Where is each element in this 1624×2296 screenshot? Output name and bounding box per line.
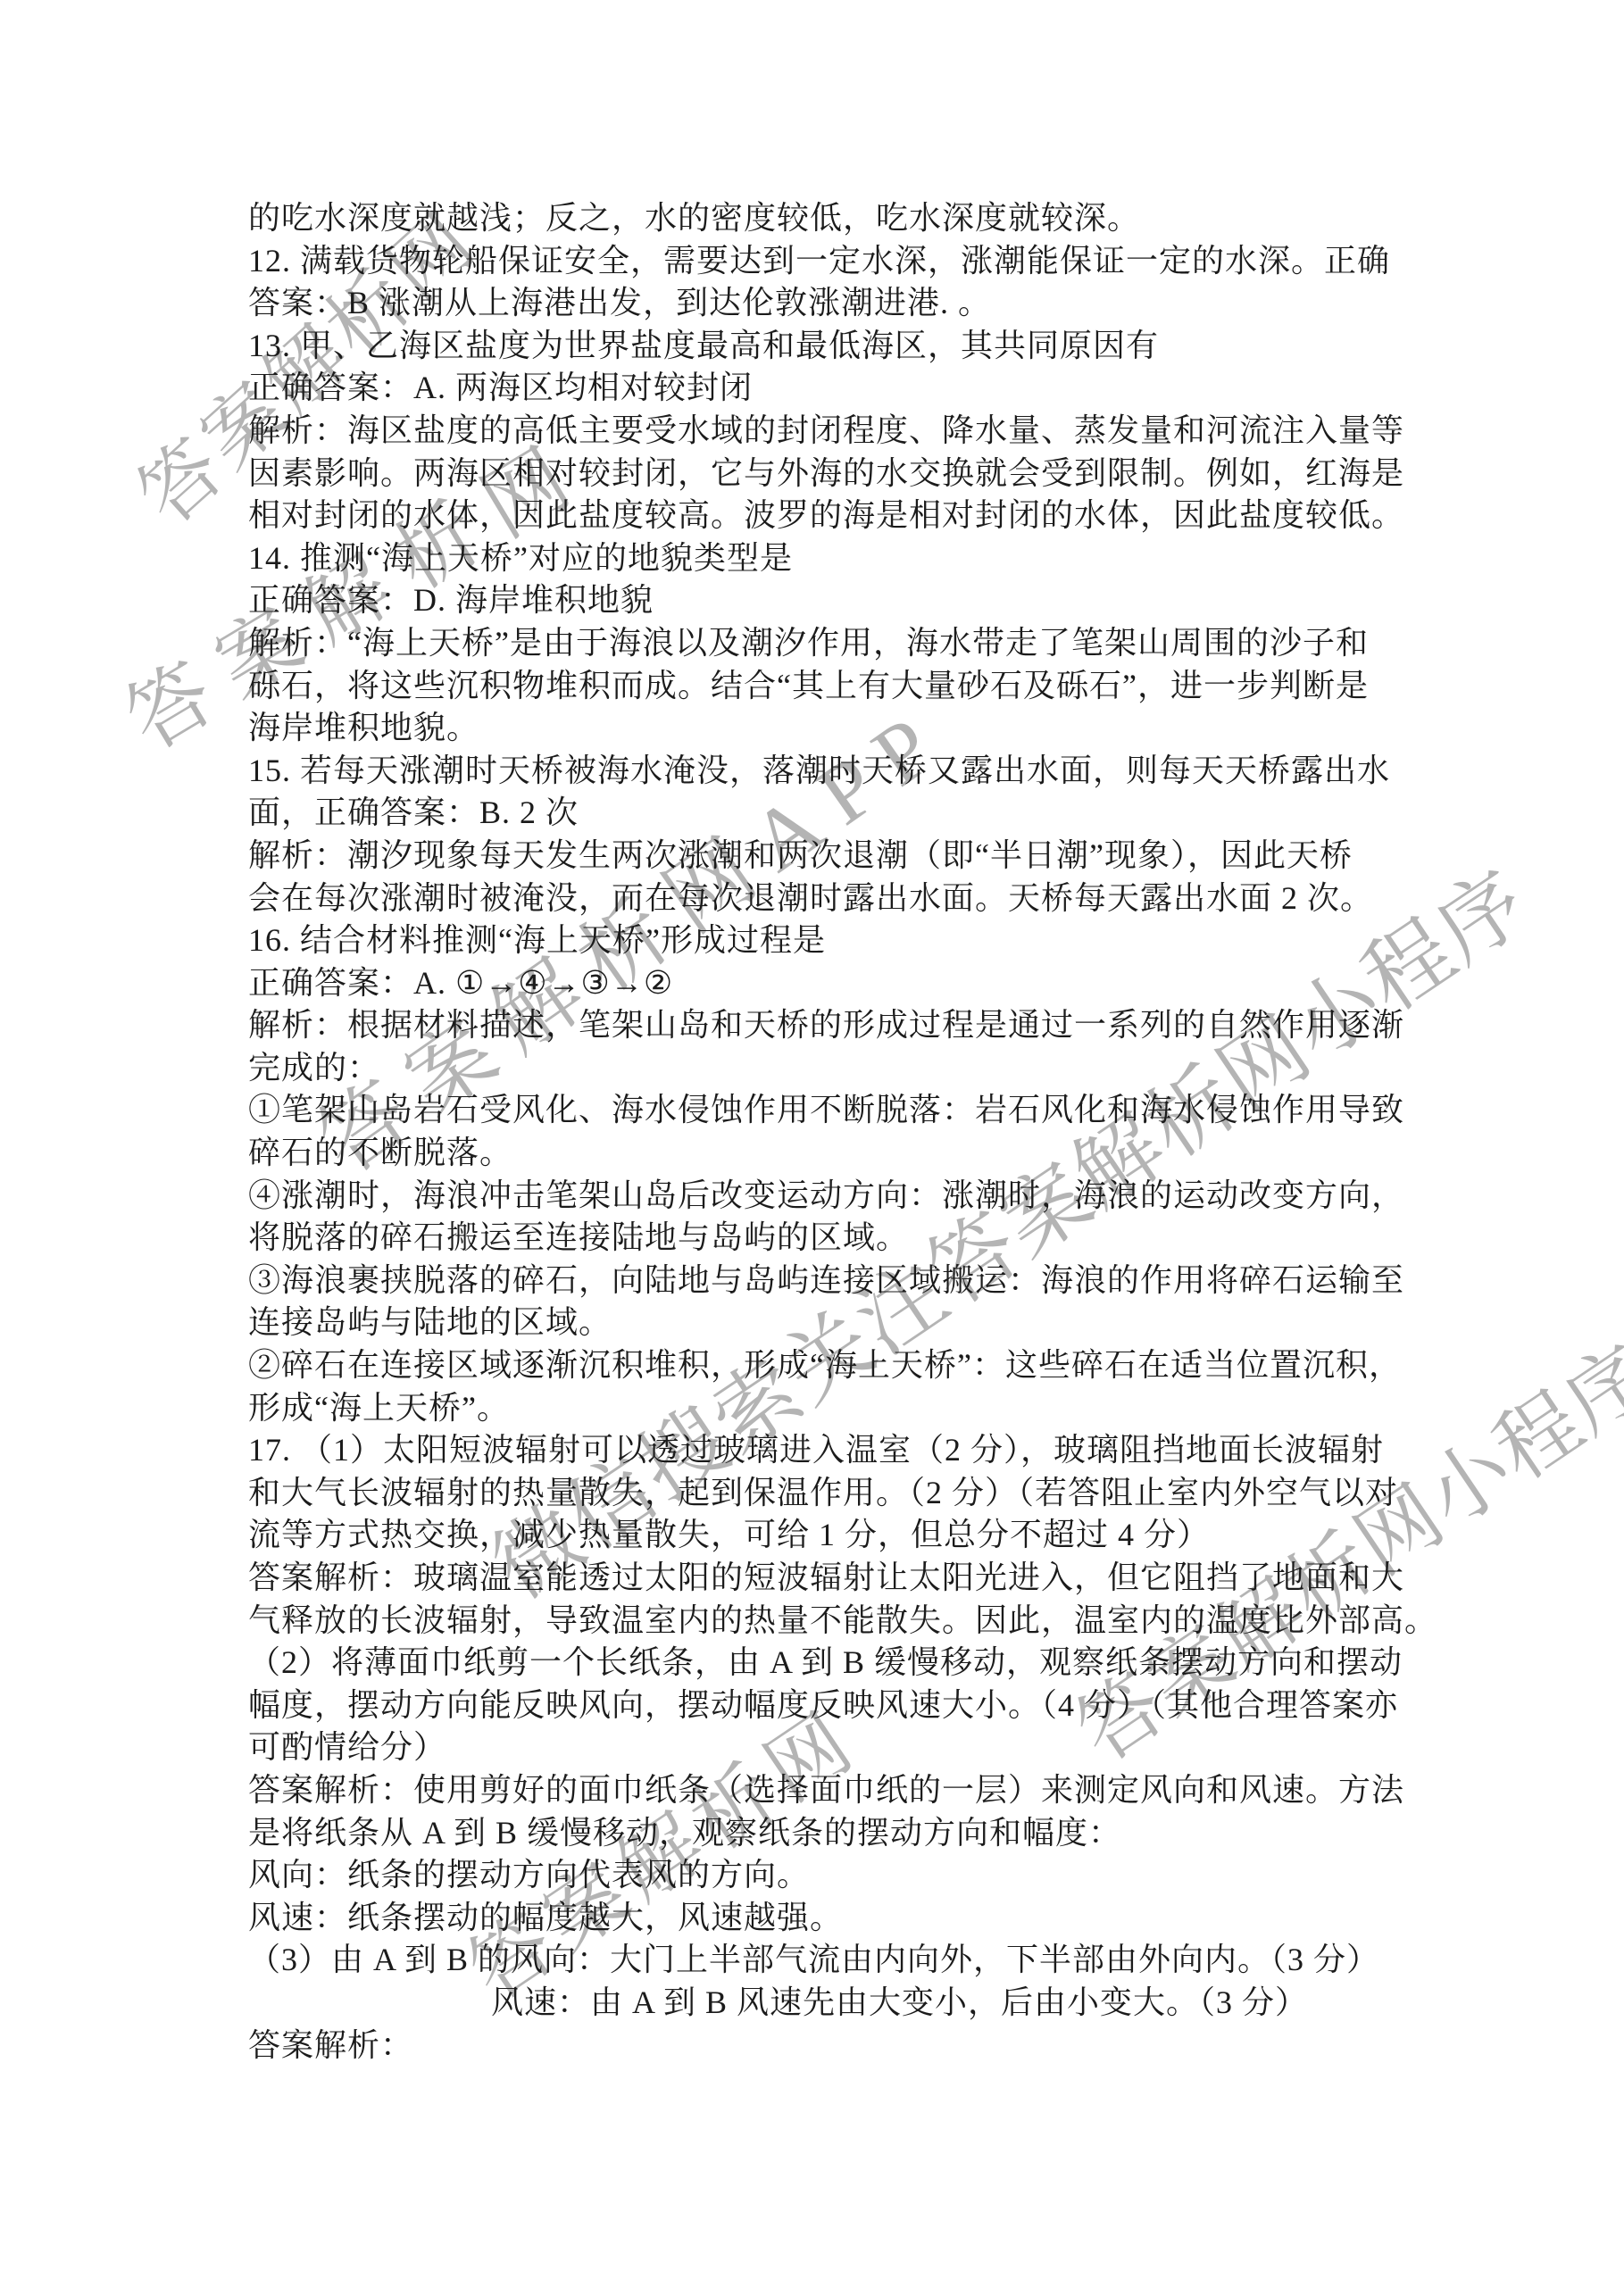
text-line: 正确答案：A. 两海区均相对较封闭	[248, 367, 1437, 410]
text-line: 形成“海上天桥”。	[248, 1387, 1437, 1430]
text-line: 碎石的不断脱落。	[248, 1132, 1437, 1175]
text-line: ①笔架山岛岩石受风化、海水侵蚀作用不断脱落：岩石风化和海水侵蚀作用导致	[248, 1089, 1437, 1132]
text-line: 16. 结合材料推测“海上天桥”形成过程是	[248, 919, 1437, 962]
document-page: 答案解析网答案解析网答案解析网APP微信搜索关注答案解析网小程序答案解析网小程序…	[0, 0, 1624, 2296]
text-line: 连接岛屿与陆地的区域。	[248, 1302, 1437, 1344]
text-line: 13. 甲、乙海区盐度为世界盐度最高和最低海区，其共同原因有	[248, 325, 1437, 368]
text-line: 解析：“海上天桥”是由于海浪以及潮汐作用，海水带走了笔架山周围的沙子和	[248, 622, 1437, 665]
text-line: 正确答案：D. 海岸堆积地貌	[248, 579, 1437, 622]
text-line: 因素影响。两海区相对较封闭，它与外海的水交换就会受到限制。例如，红海是	[248, 453, 1437, 495]
text-line: 12. 满载货物轮船保证安全，需要达到一定水深，涨潮能保证一定的水深。正确	[248, 240, 1437, 283]
text-line: 15. 若每天涨潮时天桥被海水淹没，落潮时天桥又露出水面，则每天天桥露出水	[248, 750, 1437, 793]
text-line: ③海浪裹挟脱落的碎石，向陆地与岛屿连接区域搬运：海浪的作用将碎石运输至	[248, 1260, 1437, 1302]
text-line: 幅度，摆动方向能反映风向，摆动幅度反映风速大小。（4 分）（其他合理答案亦	[248, 1685, 1437, 1727]
text-line: 海岸堆积地貌。	[248, 707, 1437, 750]
text-line: 解析：潮汐现象每天发生两次涨潮和两次退潮（即“半日潮”现象），因此天桥	[248, 835, 1437, 878]
text-line: ④涨潮时，海浪冲击笔架山岛后改变运动方向：涨潮时，海浪的运动改变方向，	[248, 1175, 1437, 1218]
text-line: 正确答案：A. ①→④→③→②	[248, 962, 1437, 1005]
text-line: 答案解析：使用剪好的面巾纸条（选择面巾纸的一层）来测定风向和风速。方法	[248, 1769, 1437, 1812]
text-line: 相对封闭的水体，因此盐度较高。波罗的海是相对封闭的水体，因此盐度较低。	[248, 495, 1437, 537]
text-line: 答案：B 涨潮从上海港出发，到达伦敦涨潮进港. 。	[248, 282, 1437, 325]
text-line: 将脱落的碎石搬运至连接陆地与岛屿的区域。	[248, 1217, 1437, 1260]
text-line: 风向：纸条的摆动方向代表风的方向。	[248, 1854, 1437, 1897]
text-line: 风速：由 A 到 B 风速先由大变小，后由小变大。（3 分）	[248, 1982, 1437, 2025]
document-body: 的吃水深度就越浅；反之，水的密度较低，吃水深度就较深。12. 满载货物轮船保证安…	[248, 197, 1437, 2067]
text-line: 面，正确答案：B. 2 次	[248, 792, 1437, 835]
text-line: 流等方式热交换，减少热量散失，可给 1 分，但总分不超过 4 分）	[248, 1514, 1437, 1557]
text-line: 解析：海区盐度的高低主要受水域的封闭程度、降水量、蒸发量和河流注入量等	[248, 410, 1437, 453]
text-line: 风速：纸条摆动的幅度越大，风速越强。	[248, 1897, 1437, 1940]
text-line: 的吃水深度就越浅；反之，水的密度较低，吃水深度就较深。	[248, 197, 1437, 240]
text-line: 和大气长波辐射的热量散失，起到保温作用。（2 分）（若答阻止室内外空气以对	[248, 1472, 1437, 1515]
text-line: 17. （1）太阳短波辐射可以透过玻璃进入温室（2 分），玻璃阻挡地面长波辐射	[248, 1429, 1437, 1472]
text-line: （2）将薄面巾纸剪一个长纸条，由 A 到 B 缓慢移动，观察纸条摆动方向和摆动	[248, 1642, 1437, 1685]
text-line: ②碎石在连接区域逐渐沉积堆积，形成“海上天桥”：这些碎石在适当位置沉积，	[248, 1344, 1437, 1387]
text-line: 气释放的长波辐射，导致温室内的热量不能散失。因此，温室内的温度比外部高。	[248, 1600, 1437, 1643]
text-line: 14. 推测“海上天桥”对应的地貌类型是	[248, 537, 1437, 580]
text-line: （3）由 A 到 B 的风向：大门上半部气流由内向外，下半部由外向内。（3 分）	[248, 1939, 1437, 1982]
text-line: 是将纸条从 A 到 B 缓慢移动，观察纸条的摆动方向和幅度：	[248, 1812, 1437, 1855]
text-line: 砾石，将这些沉积物堆积而成。结合“其上有大量砂石及砾石”，进一步判断是	[248, 665, 1437, 708]
text-line: 答案解析：	[248, 2025, 1437, 2067]
text-line: 完成的：	[248, 1047, 1437, 1090]
text-line: 会在每次涨潮时被淹没，而在每次退潮时露出水面。天桥每天露出水面 2 次。	[248, 878, 1437, 920]
text-line: 解析：根据材料描述，笔架山岛和天桥的形成过程是通过一系列的自然作用逐渐	[248, 1004, 1437, 1047]
text-line: 可酌情给分）	[248, 1726, 1437, 1769]
text-line: 答案解析：玻璃温室能透过太阳的短波辐射让太阳光进入，但它阻挡了地面和大	[248, 1557, 1437, 1600]
